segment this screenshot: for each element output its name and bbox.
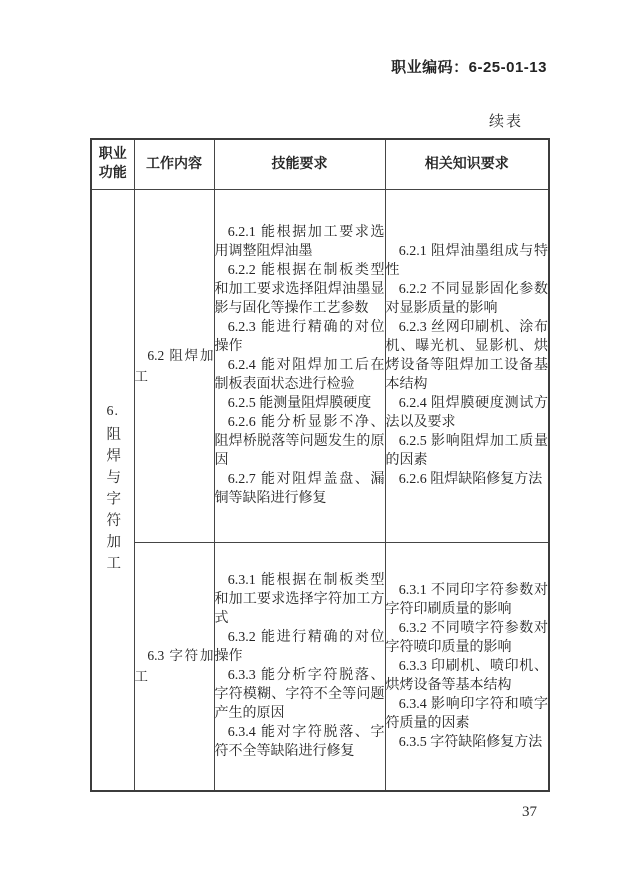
skill-item: 6.2.5 能测量阻焊膜硬度 — [215, 394, 385, 413]
skill-item: 6.3.1 能根据在制板类型和加工要求选择字符加工方式 — [215, 571, 385, 628]
skill-item: 6.2.2 能根据在制板类型和加工要求选择阻焊油墨显影与固化等操作工艺参数 — [215, 261, 385, 318]
knowledge-item: 6.3.2 不同喷字符参数对字符喷印质量的影响 — [386, 619, 549, 657]
occupation-code: 职业编码：6-25-01-13 — [391, 56, 547, 77]
page-number: 37 — [522, 804, 537, 821]
work-content-cell: 6.2 阻焊加工 — [134, 189, 214, 542]
knowledge-item: 6.3.4 影响印字符和喷字符质量的因素 — [386, 695, 549, 733]
table-row: 6.3 字符加工 6.3.1 能根据在制板类型和加工要求选择字符加工方式 6.3… — [91, 542, 549, 791]
function-label: 阻焊与字符加工 — [102, 426, 123, 577]
skill-item: 6.2.1 能根据加工要求选用调整阻焊油墨 — [215, 223, 385, 261]
knowledge-item: 6.3.5 字符缺陷修复方法 — [386, 733, 549, 752]
header-work-content: 工作内容 — [134, 139, 214, 189]
skill-item: 6.2.6 能分析显影不净、阻焊桥脱落等问题发生的原因 — [215, 413, 385, 470]
function-cell: 6. 阻焊与字符加工 — [91, 189, 134, 791]
knowledge-requirements-cell: 6.3.1 不同印字符参数对字符印刷质量的影响 6.3.2 不同喷字符参数对字符… — [385, 542, 549, 791]
knowledge-item: 6.3.3 印刷机、喷印机、烘烤设备等基本结构 — [386, 657, 549, 695]
header-knowledge-requirements: 相关知识要求 — [385, 139, 549, 189]
function-number: 6. — [107, 404, 120, 420]
table-header-row: 职业功能 工作内容 技能要求 相关知识要求 — [91, 139, 549, 189]
skill-requirements-cell: 6.2.1 能根据加工要求选用调整阻焊油墨 6.2.2 能根据在制板类型和加工要… — [214, 189, 385, 542]
occupation-skill-table: 职业功能 工作内容 技能要求 相关知识要求 6. 阻焊与字符加工 6.2 阻焊加… — [90, 138, 550, 792]
skill-item: 6.3.3 能分析字符脱落、字符模糊、字符不全等问题产生的原因 — [215, 666, 385, 723]
knowledge-item: 6.2.6 阻焊缺陷修复方法 — [386, 470, 549, 489]
skill-requirements-cell: 6.3.1 能根据在制板类型和加工要求选择字符加工方式 6.3.2 能进行精确的… — [214, 542, 385, 791]
skill-item: 6.3.2 能进行精确的对位操作 — [215, 628, 385, 666]
continued-table-label: 续表 — [489, 110, 523, 131]
knowledge-requirements-cell: 6.2.1 阻焊油墨组成与特性 6.2.2 不同显影固化参数对显影质量的影响 6… — [385, 189, 549, 542]
work-content-cell: 6.3 字符加工 — [134, 542, 214, 791]
skill-item: 6.2.7 能对阻焊盖盘、漏铜等缺陷进行修复 — [215, 470, 385, 508]
knowledge-item: 6.2.1 阻焊油墨组成与特性 — [386, 242, 549, 280]
header-skill-requirements: 技能要求 — [214, 139, 385, 189]
skill-item: 6.3.4 能对字符脱落、字符不全等缺陷进行修复 — [215, 723, 385, 761]
table-row: 6. 阻焊与字符加工 6.2 阻焊加工 6.2.1 能根据加工要求选用调整阻焊油… — [91, 189, 549, 542]
knowledge-item: 6.2.3 丝网印刷机、涂布机、曝光机、显影机、烘烤设备等阻焊加工设备基本结构 — [386, 318, 549, 394]
skill-item: 6.2.4 能对阻焊加工后在制板表面状态进行检验 — [215, 356, 385, 394]
function-label-group: 6. 阻焊与字符加工 — [92, 404, 134, 577]
skill-item: 6.2.3 能进行精确的对位操作 — [215, 318, 385, 356]
knowledge-item: 6.2.4 阻焊膜硬度测试方法以及要求 — [386, 394, 549, 432]
header-occupation-function: 职业功能 — [91, 139, 134, 189]
knowledge-item: 6.2.5 影响阻焊加工质量的因素 — [386, 432, 549, 470]
knowledge-item: 6.3.1 不同印字符参数对字符印刷质量的影响 — [386, 581, 549, 619]
knowledge-item: 6.2.2 不同显影固化参数对显影质量的影响 — [386, 280, 549, 318]
